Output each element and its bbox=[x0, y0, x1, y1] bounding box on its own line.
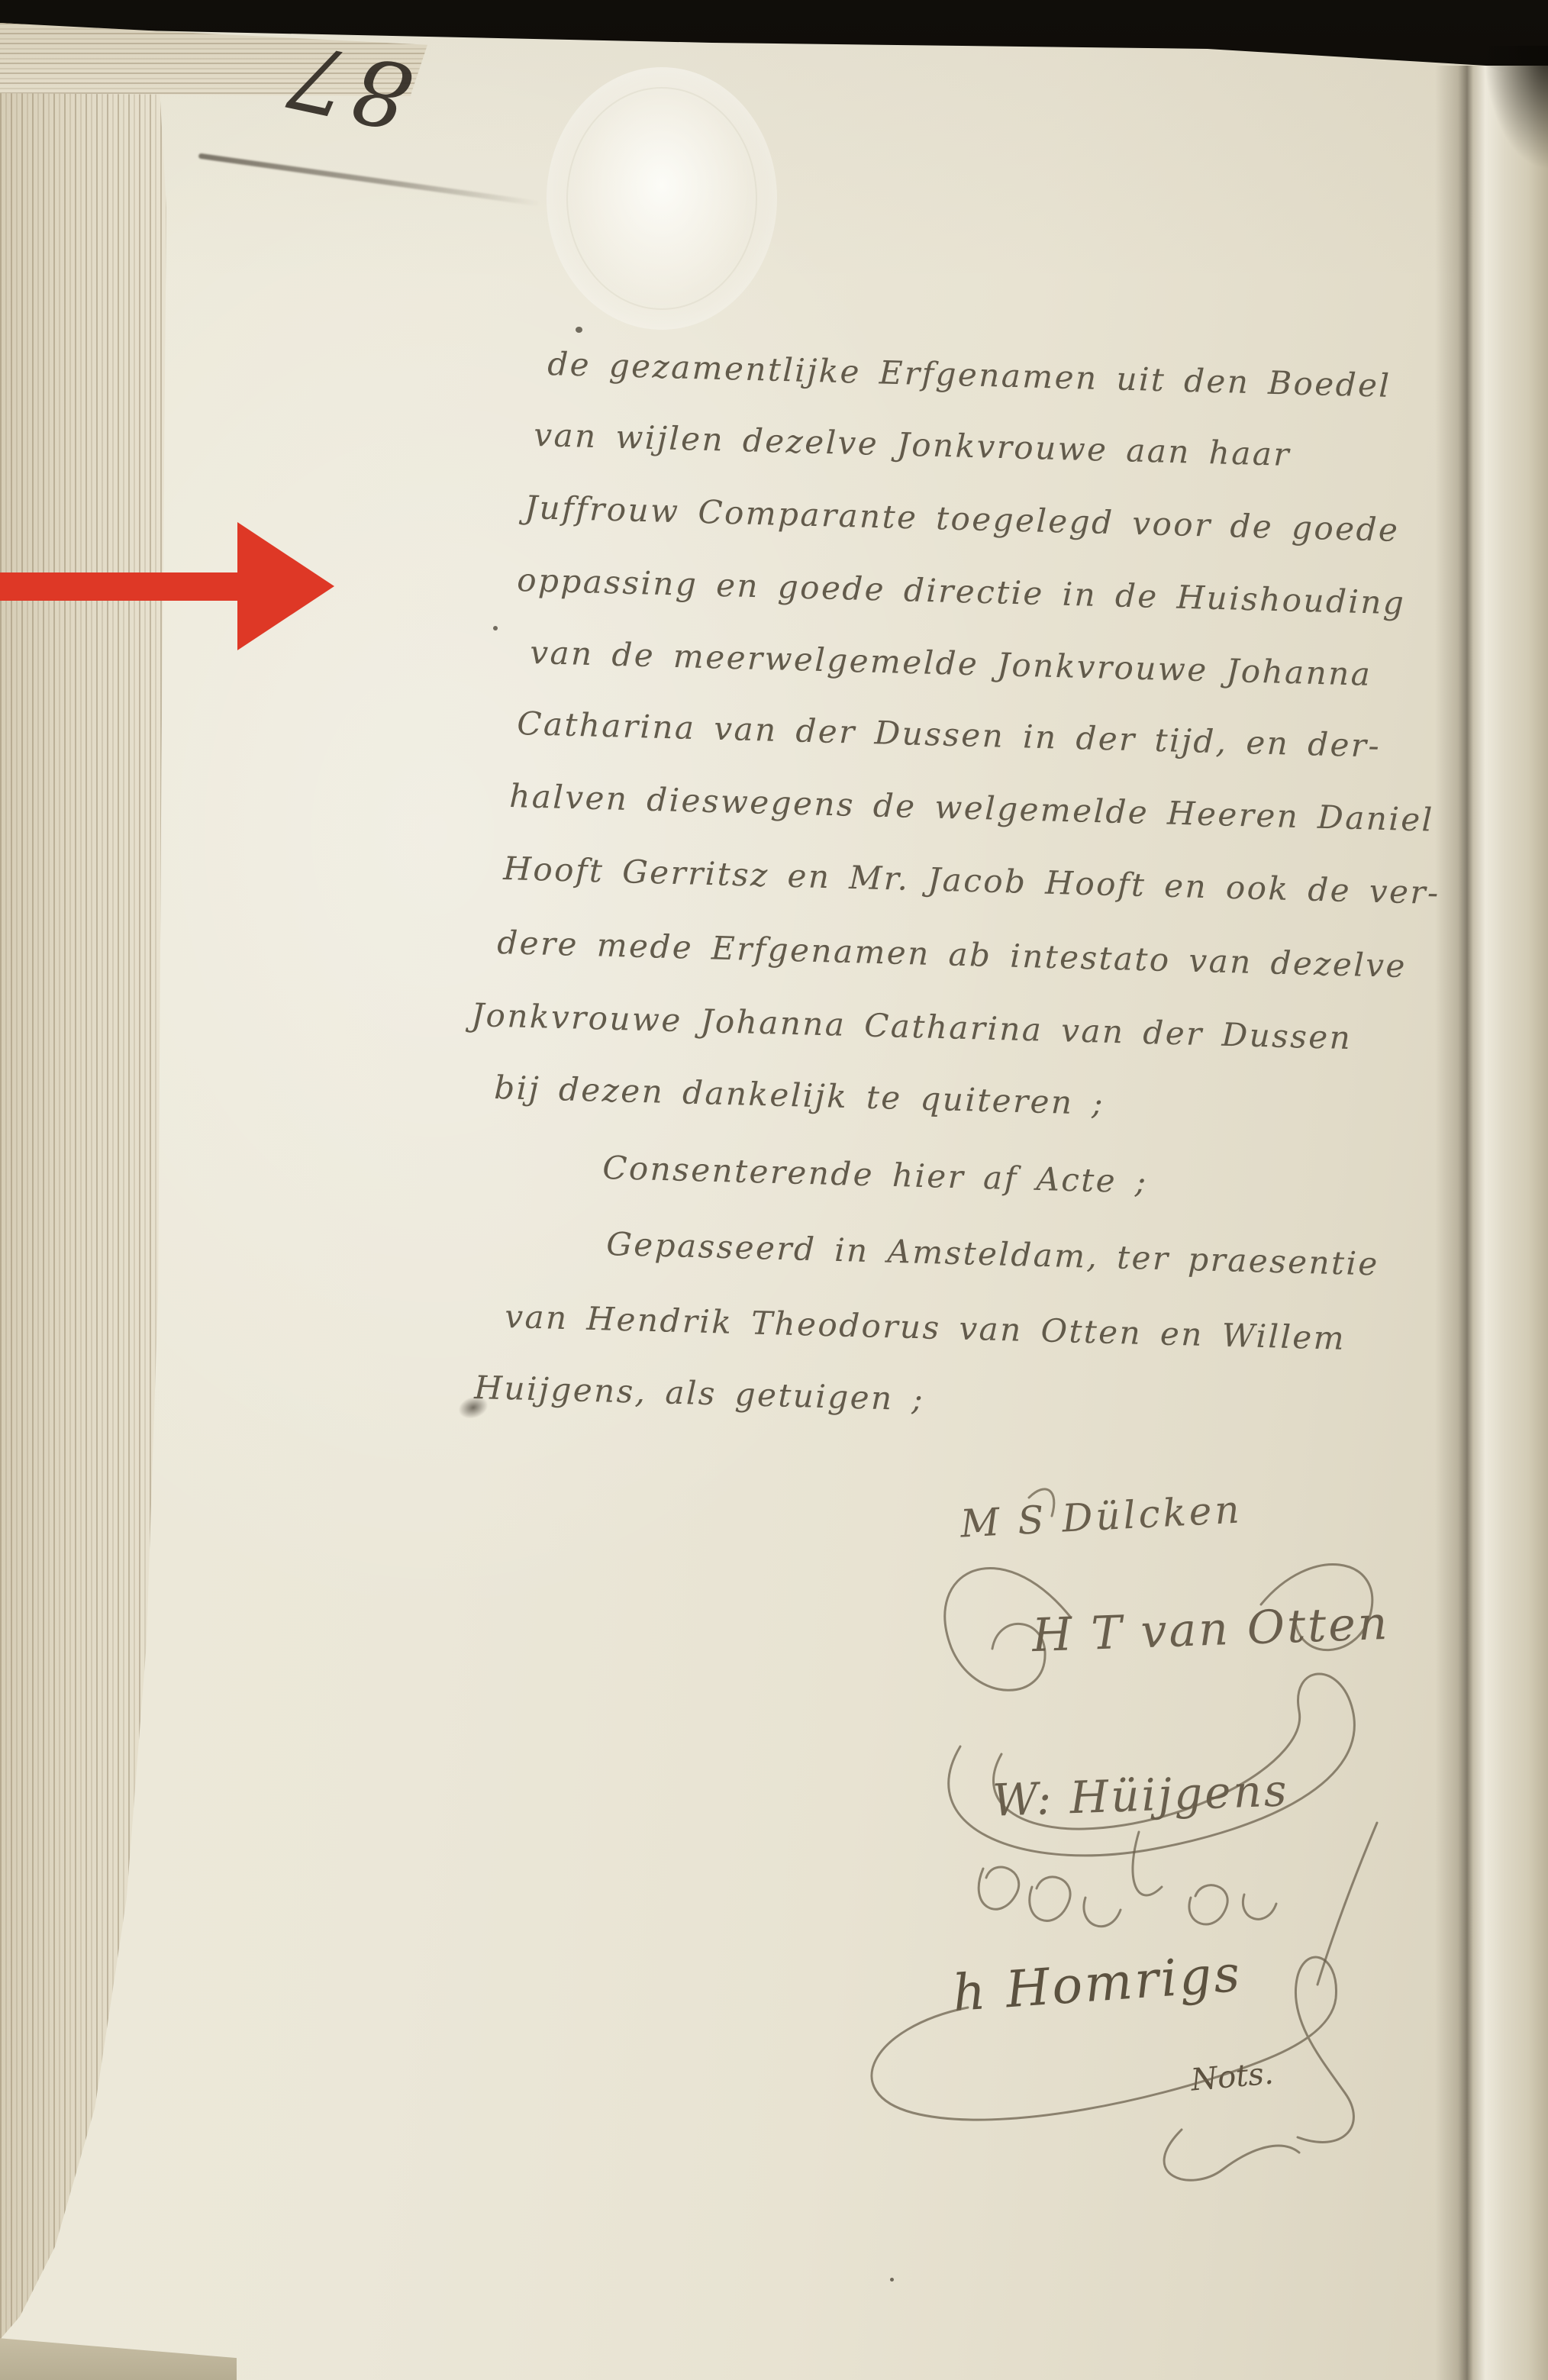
red-arrow-shaft bbox=[0, 572, 239, 601]
ink-speck bbox=[576, 327, 582, 333]
page-gutter-fold bbox=[1435, 66, 1548, 2380]
ink-speck bbox=[493, 626, 498, 630]
embossed-seal-icon bbox=[547, 67, 777, 330]
signature-huijgens: W: Hüijgens bbox=[992, 1764, 1290, 1827]
red-arrow-icon bbox=[237, 522, 334, 650]
ink-speck bbox=[890, 2278, 894, 2282]
signature-notary-title: Nots. bbox=[1189, 2056, 1275, 2098]
page-top-right-corner-shadow bbox=[1450, 46, 1548, 275]
scanned-manuscript-photo: { "page": { "folio_number": "87", "seal_… bbox=[0, 0, 1548, 2380]
